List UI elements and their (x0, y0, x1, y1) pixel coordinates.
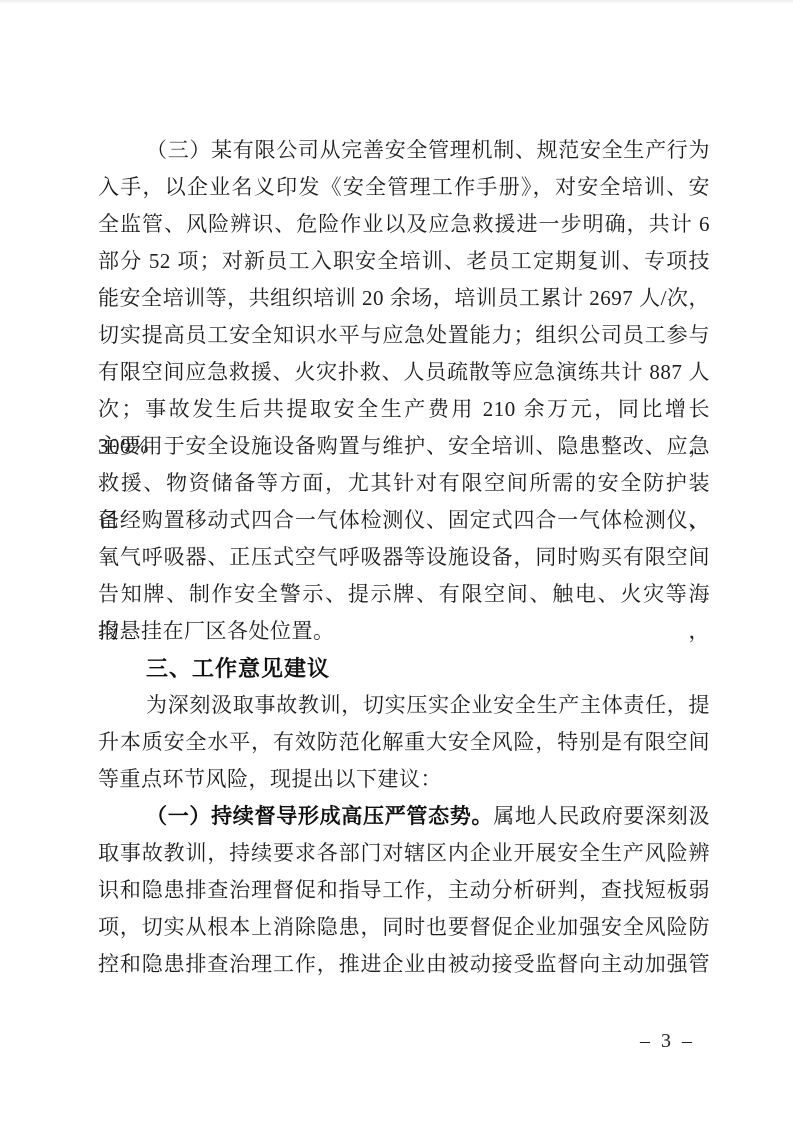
para-c-line-3: 全监管、风险辨识、危险作业以及应急救援进一步明确，共计 6 (98, 206, 710, 243)
para-c-line-4: 部分 52 项；对新员工入职安全培训、老员工定期复训、专项技 (98, 243, 710, 280)
clause1-line-4: 项，切实从根本上消除隐患，同时也要督促企业加强安全风险防 (98, 909, 710, 946)
para-c-line-1: （三）某有限公司从完善安全管理机制、规范安全生产行为 (98, 132, 710, 169)
para-c-line-8: 次；事故发生后共提取安全生产费用 210 余万元，同比增长 300%， (98, 391, 710, 428)
para-c-line-12: 氧气呼吸器、正压式空气呼吸器等设施设备，同时购买有限空间 (98, 539, 710, 576)
para-c-line-9: 主要用于安全设施设备购置与维护、安全培训、隐患整改、应急 (98, 428, 710, 465)
clause1-line-1: （一）持续督导形成高压严管态势。属地人民政府要深刻汲 (98, 798, 710, 835)
document-page: （三）某有限公司从完善安全管理机制、规范安全生产行为 入手，以企业名义印发《安全… (0, 0, 793, 1122)
para-c-line-10: 救援、物资储备等方面，尤其针对有限空间所需的安全防护装备， (98, 465, 710, 502)
para-c-line-13: 告知牌、制作安全警示、提示牌、有限空间、触电、火灾等海报， (98, 576, 710, 613)
para-c-line-2: 入手，以企业名义印发《安全管理工作手册》，对安全培训、安 (98, 169, 710, 206)
scan-edge-shading (0, 0, 793, 4)
text-column: （三）某有限公司从完善安全管理机制、规范安全生产行为 入手，以企业名义印发《安全… (98, 132, 710, 983)
para-c-line-6: 切实提高员工安全知识水平与应急处置能力；组织公司员工参与 (98, 317, 710, 354)
page-number: – 3 – (640, 1030, 695, 1053)
para-c-line-11: 已经购置移动式四合一气体检测仪、固定式四合一气体检测仪、 (98, 502, 710, 539)
intro-line-2: 升本质安全水平，有效防范化解重大安全风险，特别是有限空间 (98, 724, 710, 761)
clause1-bold-lead: （一）持续督导形成高压严管态势。 (146, 804, 493, 828)
para-c-line-7: 有限空间应急救援、火灾扑救、人员疏散等应急演练共计 887 人 (98, 354, 710, 391)
section-heading: 三、工作意见建议 (98, 650, 710, 687)
clause1-line-2: 取事故教训，持续要求各部门对辖区内企业开展安全生产风险辨 (98, 835, 710, 872)
intro-line-3: 等重点环节风险，现提出以下建议： (98, 761, 710, 798)
clause1-line-3: 识和隐患排查治理督促和指导工作，主动分析研判，查找短板弱 (98, 872, 710, 909)
clause1-line-1-rest: 属地人民政府要深刻汲 (493, 804, 710, 828)
intro-line-1: 为深刻汲取事故教训，切实压实企业安全生产主体责任，提 (98, 687, 710, 724)
clause1-line-5: 控和隐患排查治理工作，推进企业由被动接受监督向主动加强管 (98, 946, 710, 983)
para-c-line-5: 能安全培训等，共组织培训 20 余场，培训员工累计 2697 人/次， (98, 280, 710, 317)
